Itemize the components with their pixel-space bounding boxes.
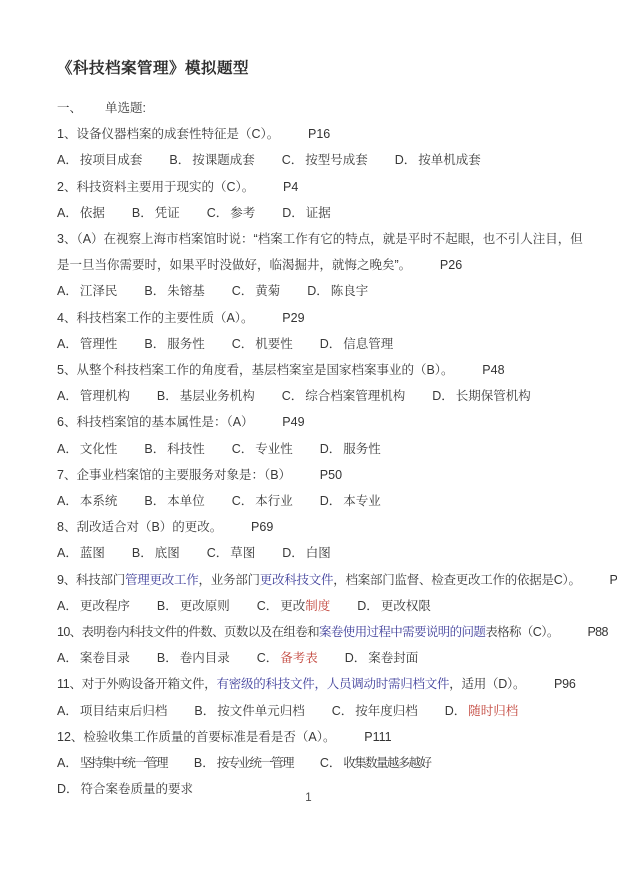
text-segment: 服务性: [343, 442, 381, 456]
option-label: C．: [332, 704, 354, 718]
text-segment: 11、对于外购设备开箱文件，: [57, 677, 216, 691]
option-text: 坚持集中统一管理: [80, 756, 167, 770]
option-item: D．陈良宇: [307, 278, 368, 304]
option-label: D．: [345, 651, 367, 665]
option-item: D．长期保管机构: [432, 383, 531, 409]
option-label: D．: [282, 206, 304, 220]
option-text: 按文件单元归档: [217, 704, 305, 718]
question-text-line: 6、科技档案馆的基本属性是：（A）P49: [57, 409, 590, 435]
text-segment: 更改权限: [381, 599, 431, 613]
option-item: B．按专业统一管理: [194, 750, 293, 776]
text-segment: 案卷目录: [80, 651, 130, 665]
option-text: 白图: [306, 546, 331, 560]
option-item: B．底图: [132, 540, 180, 566]
highlighted-text: 案卷使用过程中需要说明的问题: [319, 625, 485, 639]
option-label: A．: [57, 494, 78, 508]
question-block: 8、刮改适合对（B）的更改。P69A．蓝图B．底图C．草图D．白图: [57, 514, 590, 566]
text-segment: 本系统: [80, 494, 118, 508]
option-label: D．: [445, 704, 467, 718]
question-block: 4、科技档案工作的主要性质（A）。P29A．管理性B．服务性C．机要性D．信息管…: [57, 305, 590, 357]
text-segment: 按项目成套: [80, 153, 143, 167]
options-line: A．本系统B．本单位C．本行业D．本专业: [57, 488, 590, 514]
text-segment: 长期保管机构: [456, 389, 531, 403]
text-segment: 证据: [306, 206, 331, 220]
text-segment: 基层业务机构: [180, 389, 255, 403]
option-label: B．: [157, 651, 178, 665]
question-block: 9、科技部门管理更改工作，业务部门更改科技文件，档案部门监督、检查更改工作的依据…: [57, 567, 590, 619]
option-item: D．更改权限: [357, 593, 431, 619]
option-item: A．按项目成套: [57, 147, 142, 173]
text-segment: 底图: [155, 546, 180, 560]
page-ref: P49: [282, 415, 304, 429]
option-text: 按专业统一管理: [217, 756, 293, 770]
option-label: C．: [232, 284, 254, 298]
highlighted-text: 有密级的科技文件，人员调动时需归档文件: [216, 677, 449, 691]
page-ref: P50: [320, 468, 342, 482]
document-page: 《科技档案管理》模拟题型 一、单选题: 1、设备仪器档案的成套性特征是（C）。P…: [0, 0, 617, 872]
option-text: 蓝图: [80, 546, 105, 560]
text-segment: 按文件单元归档: [217, 704, 305, 718]
option-label: C．: [232, 442, 254, 456]
question-text-line: 11、对于外购设备开箱文件，有密级的科技文件，人员调动时需归档文件，适用（D）。…: [57, 671, 590, 697]
option-item: C．专业性: [232, 436, 293, 462]
option-label: B．: [132, 546, 153, 560]
option-label: B．: [144, 337, 165, 351]
option-item: A．依据: [57, 200, 105, 226]
document-content: 《科技档案管理》模拟题型 一、单选题: 1、设备仪器档案的成套性特征是（C）。P…: [57, 57, 590, 802]
options-line: A．案卷目录B．卷内目录C．备考表D．案卷封面: [57, 645, 590, 671]
text-segment: 白图: [306, 546, 331, 560]
option-item: C．草图: [207, 540, 256, 566]
option-text: 更改制度: [280, 599, 330, 613]
text-segment: 按专业统一管理: [217, 756, 293, 770]
option-text: 更改权限: [381, 599, 431, 613]
text-segment: 管理机构: [80, 389, 130, 403]
text-segment: 按单机成套: [418, 153, 481, 167]
option-text: 专业性: [255, 442, 293, 456]
option-label: A．: [57, 153, 78, 167]
option-item: D．本专业: [320, 488, 381, 514]
option-item: A．更改程序: [57, 593, 130, 619]
option-label: D．: [307, 284, 329, 298]
option-text: 基层业务机构: [180, 389, 255, 403]
option-item: B．卷内目录: [157, 645, 230, 671]
text-segment: 凭证: [155, 206, 180, 220]
option-item: C．按年度归档: [332, 698, 418, 724]
option-text: 本行业: [255, 494, 293, 508]
option-label: B．: [144, 494, 165, 508]
option-label: C．: [257, 599, 279, 613]
option-item: B．按课题成套: [169, 147, 254, 173]
option-label: C．: [257, 651, 279, 665]
page-ref: P111: [364, 730, 391, 744]
question-text-line: 7、企事业档案馆的主要服务对象是：（B）P50: [57, 462, 590, 488]
section-title: 单选题:: [105, 101, 146, 115]
options-line: A．文化性B．科技性C．专业性D．服务性: [57, 436, 590, 462]
option-item: A．蓝图: [57, 540, 105, 566]
option-label: B．: [157, 389, 178, 403]
text-segment: 江泽民: [80, 284, 118, 298]
text-segment: 综合档案管理机构: [305, 389, 405, 403]
option-label: D．: [320, 494, 342, 508]
option-item: C．机要性: [232, 331, 293, 357]
option-text: 更改原则: [180, 599, 230, 613]
text-segment: 按课题成套: [192, 153, 255, 167]
text-segment: 12、检验收集工作质量的首要标准是看是否（A）。: [57, 730, 336, 744]
text-segment: 专业性: [255, 442, 293, 456]
question-block: 1、设备仪器档案的成套性特征是（C）。P16A．按项目成套B．按课题成套C．按型…: [57, 121, 590, 173]
text-segment: 参考: [230, 206, 255, 220]
text-segment: 蓝图: [80, 546, 105, 560]
question-text-line: 1、设备仪器档案的成套性特征是（C）。P16: [57, 121, 590, 147]
option-text: 随时归档: [468, 704, 518, 718]
question-block: 5、从整个科技档案工作的角度看，基层档案室是国家档案事业的（B）。P48A．管理…: [57, 357, 590, 409]
highlighted-text: 制度: [305, 599, 330, 613]
option-item: A．管理性: [57, 331, 117, 357]
option-item: A．本系统: [57, 488, 117, 514]
option-item: C．综合档案管理机构: [282, 383, 406, 409]
text-segment: 7、企事业档案馆的主要服务对象是：（B）: [57, 468, 291, 482]
page-ref: P88: [587, 625, 607, 639]
text-segment: 文化性: [80, 442, 118, 456]
option-item: D．证据: [282, 200, 331, 226]
option-item: A．江泽民: [57, 278, 117, 304]
option-label: A．: [57, 442, 78, 456]
section-heading: 一、单选题:: [57, 95, 590, 121]
option-item: C．参考: [207, 200, 256, 226]
text-segment: 10、表明卷内科技文件的件数、页数以及在组卷和: [57, 625, 319, 639]
option-item: B．科技性: [144, 436, 204, 462]
page-ref: P16: [308, 127, 330, 141]
page-number: 1: [0, 792, 617, 804]
text-segment: 4、科技档案工作的主要性质（A）。: [57, 311, 254, 325]
option-text: 朱镕基: [167, 284, 205, 298]
option-text: 卷内目录: [180, 651, 230, 665]
option-item: B．服务性: [144, 331, 204, 357]
text-segment: 按型号成套: [305, 153, 368, 167]
option-item: B．基层业务机构: [157, 383, 255, 409]
option-item: B．凭证: [132, 200, 180, 226]
highlighted-text: 管理更改工作: [125, 573, 199, 587]
question-text-line: 9、科技部门管理更改工作，业务部门更改科技文件，档案部门监督、检查更改工作的依据…: [57, 567, 590, 593]
option-text: 机要性: [255, 337, 293, 351]
option-item: D．案卷封面: [345, 645, 419, 671]
option-item: B．朱镕基: [144, 278, 204, 304]
option-label: D．: [320, 442, 342, 456]
text-segment: 本专业: [343, 494, 381, 508]
text-segment: 2、科技资料主要用于现实的（C）。: [57, 180, 254, 194]
option-label: D．: [395, 153, 417, 167]
question-text-line: 8、刮改适合对（B）的更改。P69: [57, 514, 590, 540]
page-ref: P71: [610, 573, 617, 587]
option-text: 草图: [230, 546, 255, 560]
option-text: 按项目成套: [80, 153, 143, 167]
option-item: C．备考表: [257, 645, 318, 671]
question-text-line: 10、表明卷内科技文件的件数、页数以及在组卷和案卷使用过程中需要说明的问题表格称…: [57, 619, 590, 645]
text-segment: 卷内目录: [180, 651, 230, 665]
text-segment: 机要性: [255, 337, 293, 351]
option-item: D．白图: [282, 540, 331, 566]
text-segment: 本行业: [255, 494, 293, 508]
text-segment: 1、设备仪器档案的成套性特征是（C）。: [57, 127, 279, 141]
text-segment: 9、科技部门: [57, 573, 125, 587]
highlighted-text: 更改科技文件: [260, 573, 334, 587]
page-ref: P69: [251, 520, 273, 534]
option-label: B．: [144, 284, 165, 298]
option-item: B．更改原则: [157, 593, 230, 619]
text-segment: 坚持集中统一管理: [80, 756, 167, 770]
text-segment: 6、科技档案馆的基本属性是：（A）: [57, 415, 254, 429]
question-block: 6、科技档案馆的基本属性是：（A）P49A．文化性B．科技性C．专业性D．服务性: [57, 409, 590, 461]
text-segment: 5、从整个科技档案工作的角度看，基层档案室是国家档案事业的（B）。: [57, 363, 454, 377]
text-segment: 本单位: [167, 494, 205, 508]
option-text: 案卷封面: [368, 651, 418, 665]
options-line: A．江泽民B．朱镕基C．黄菊D．陈良宇: [57, 278, 590, 304]
option-label: C．: [282, 389, 304, 403]
option-text: 项目结束后归档: [80, 704, 168, 718]
options-line: A．蓝图B．底图C．草图D．白图: [57, 540, 590, 566]
text-segment: 依据: [80, 206, 105, 220]
text-segment: 草图: [230, 546, 255, 560]
option-text: 凭证: [155, 206, 180, 220]
option-label: A．: [57, 756, 78, 770]
option-label: D．: [282, 546, 304, 560]
option-label: D．: [357, 599, 379, 613]
option-label: D．: [320, 337, 342, 351]
options-line: A．更改程序B．更改原则C．更改制度D．更改权限: [57, 593, 590, 619]
page-ref: P26: [440, 258, 462, 272]
option-label: A．: [57, 389, 78, 403]
option-text: 服务性: [343, 442, 381, 456]
option-text: 按课题成套: [192, 153, 255, 167]
text-segment: 案卷封面: [368, 651, 418, 665]
option-text: 服务性: [167, 337, 205, 351]
option-text: 黄菊: [255, 284, 280, 298]
text-segment: 8、刮改适合对（B）的更改。: [57, 520, 222, 534]
option-label: B．: [169, 153, 190, 167]
highlighted-text: 备考表: [280, 651, 318, 665]
option-text: 更改程序: [80, 599, 130, 613]
text-segment: 黄菊: [255, 284, 280, 298]
option-item: A．案卷目录: [57, 645, 130, 671]
option-label: A．: [57, 599, 78, 613]
option-text: 文化性: [80, 442, 118, 456]
question-block: 10、表明卷内科技文件的件数、页数以及在组卷和案卷使用过程中需要说明的问题表格称…: [57, 619, 590, 671]
text-segment: 更改原则: [180, 599, 230, 613]
option-label: B．: [194, 756, 215, 770]
option-text: 参考: [230, 206, 255, 220]
highlighted-text: 随时归档: [468, 704, 518, 718]
option-text: 江泽民: [80, 284, 118, 298]
option-text: 按单机成套: [418, 153, 481, 167]
options-line: A．按项目成套B．按课题成套C．按型号成套D．按单机成套: [57, 147, 590, 173]
option-text: 依据: [80, 206, 105, 220]
option-label: C．: [232, 337, 254, 351]
option-text: 信息管理: [343, 337, 393, 351]
option-text: 长期保管机构: [456, 389, 531, 403]
option-item: A．项目结束后归档: [57, 698, 167, 724]
page-ref: P48: [482, 363, 504, 377]
text-segment: 表格称（C）。: [485, 625, 558, 639]
text-segment: 服务性: [167, 337, 205, 351]
question-text-line: 4、科技档案工作的主要性质（A）。P29: [57, 305, 590, 331]
text-segment: 科技性: [167, 442, 205, 456]
question-block: 12、检验收集工作质量的首要标准是看是否（A）。P111A．坚持集中统一管理B．…: [57, 724, 590, 803]
option-label: C．: [207, 546, 229, 560]
questions: 1、设备仪器档案的成套性特征是（C）。P16A．按项目成套B．按课题成套C．按型…: [57, 121, 590, 802]
option-text: 按型号成套: [305, 153, 368, 167]
options-line: A．项目结束后归档B．按文件单元归档C．按年度归档D．随时归档: [57, 698, 590, 724]
text-segment: 陈良宇: [331, 284, 369, 298]
option-item: D．服务性: [320, 436, 381, 462]
option-label: B．: [194, 704, 215, 718]
question-text-line: 5、从整个科技档案工作的角度看，基层档案室是国家档案事业的（B）。P48: [57, 357, 590, 383]
text-segment: 管理性: [80, 337, 118, 351]
option-item: D．随时归档: [445, 698, 519, 724]
text-segment: 朱镕基: [167, 284, 205, 298]
option-text: 备考表: [280, 651, 318, 665]
option-text: 管理性: [80, 337, 118, 351]
option-item: D．信息管理: [320, 331, 394, 357]
option-text: 证据: [306, 206, 331, 220]
text-segment: 更改: [280, 599, 305, 613]
question-text-line: 12、检验收集工作质量的首要标准是看是否（A）。P111: [57, 724, 590, 750]
text-segment: 3、（A）在视察上海市档案馆时说：“档案工作有它的特点，就是平时不起眼，也不引人…: [57, 232, 583, 272]
question-text-line: 2、科技资料主要用于现实的（C）。P4: [57, 174, 590, 200]
option-item: C．黄菊: [232, 278, 281, 304]
options-line: A．管理性B．服务性C．机要性D．信息管理: [57, 331, 590, 357]
text-segment: 信息管理: [343, 337, 393, 351]
option-item: D．按单机成套: [395, 147, 481, 173]
text-segment: ，档案部门监督、检查更改工作的依据是C）。: [333, 573, 581, 587]
option-item: A．坚持集中统一管理: [57, 750, 167, 776]
text-segment: 收集数量越多越好: [343, 756, 430, 770]
option-item: A．文化性: [57, 436, 117, 462]
text-segment: ，适用（D）。: [449, 677, 525, 691]
question-block: 7、企事业档案馆的主要服务对象是：（B）P50A．本系统B．本单位C．本行业D．…: [57, 462, 590, 514]
option-text: 底图: [155, 546, 180, 560]
question-text-line: 3、（A）在视察上海市档案馆时说：“档案工作有它的特点，就是平时不起眼，也不引人…: [57, 226, 590, 278]
option-label: C．: [232, 494, 254, 508]
option-text: 本专业: [343, 494, 381, 508]
page-ref: P29: [282, 311, 304, 325]
text-segment: 项目结束后归档: [80, 704, 168, 718]
option-item: C．本行业: [232, 488, 293, 514]
section-number: 一、: [57, 95, 82, 121]
options-line: A．依据B．凭证C．参考D．证据: [57, 200, 590, 226]
option-label: A．: [57, 651, 78, 665]
text-segment: 按年度归档: [355, 704, 418, 718]
option-item: B．本单位: [144, 488, 204, 514]
option-text: 按年度归档: [355, 704, 418, 718]
option-text: 本系统: [80, 494, 118, 508]
option-text: 收集数量越多越好: [343, 756, 430, 770]
option-label: D．: [432, 389, 454, 403]
page-ref: P96: [554, 677, 576, 691]
option-text: 案卷目录: [80, 651, 130, 665]
option-item: B．按文件单元归档: [194, 698, 304, 724]
option-text: 陈良宇: [331, 284, 369, 298]
page-ref: P4: [283, 180, 298, 194]
option-item: C．更改制度: [257, 593, 331, 619]
text-segment: ，业务部门: [198, 573, 259, 587]
option-item: C．收集数量越多越好: [320, 750, 431, 776]
option-text: 科技性: [167, 442, 205, 456]
option-item: A．管理机构: [57, 383, 130, 409]
option-label: A．: [57, 337, 78, 351]
option-label: A．: [57, 704, 78, 718]
option-text: 管理机构: [80, 389, 130, 403]
text-segment: 更改程序: [80, 599, 130, 613]
option-label: A．: [57, 206, 78, 220]
option-text: 本单位: [167, 494, 205, 508]
question-block: 11、对于外购设备开箱文件，有密级的科技文件，人员调动时需归档文件，适用（D）。…: [57, 671, 590, 723]
option-label: A．: [57, 546, 78, 560]
doc-title: 《科技档案管理》模拟题型: [57, 57, 590, 81]
question-block: 2、科技资料主要用于现实的（C）。P4A．依据B．凭证C．参考D．证据: [57, 174, 590, 226]
option-text: 综合档案管理机构: [305, 389, 405, 403]
options-line: A．管理机构B．基层业务机构C．综合档案管理机构D．长期保管机构: [57, 383, 590, 409]
question-block: 3、（A）在视察上海市档案馆时说：“档案工作有它的特点，就是平时不起眼，也不引人…: [57, 226, 590, 305]
option-label: C．: [207, 206, 229, 220]
option-label: B．: [144, 442, 165, 456]
option-label: C．: [320, 756, 342, 770]
option-label: A．: [57, 284, 78, 298]
option-item: C．按型号成套: [282, 147, 368, 173]
option-label: B．: [132, 206, 153, 220]
option-label: B．: [157, 599, 178, 613]
option-label: C．: [282, 153, 304, 167]
